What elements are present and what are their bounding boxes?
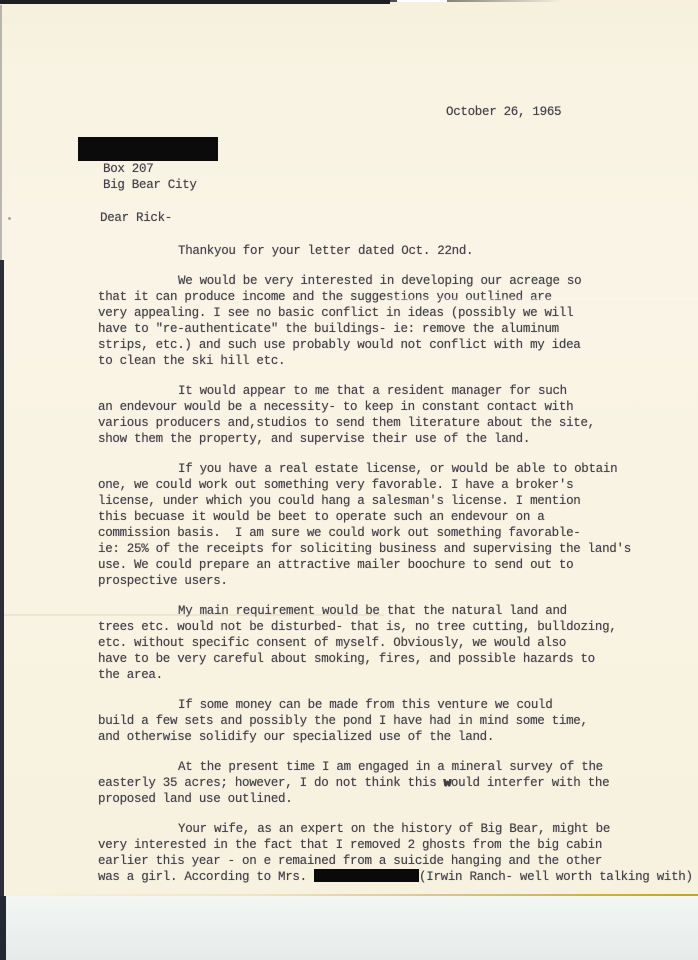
paragraph-7: At the present time I am engaged in a mi…: [98, 759, 698, 807]
scanner-bed-bottom: [0, 896, 698, 960]
letter-paper: October 26, 1965 Box 207 Big Bear City D…: [0, 0, 698, 896]
redaction-bar-sender-name: [78, 137, 218, 161]
scanner-edge-top: [0, 0, 390, 4]
paper-crease-lower: [0, 614, 384, 616]
paragraph-6: If some money can be made from this vent…: [98, 697, 698, 745]
salutation: Dear Rick-: [100, 210, 698, 226]
redaction-bar-mrs-name: [314, 869, 419, 882]
sender-city: Big Bear City: [103, 177, 698, 193]
paragraph-2: We would be very interested in developin…: [98, 273, 698, 369]
letter-date: October 26, 1965: [446, 104, 698, 120]
scanner-edge-left-faint: [0, 5, 2, 260]
scanner-edge-left: [0, 260, 4, 896]
paper-crease-upper: [384, 298, 698, 300]
paragraph-4: If you have a real estate license, or wo…: [98, 461, 698, 589]
sender-po-box: Box 207: [103, 161, 698, 177]
paragraph-8: Your wife, as an expert on the history o…: [98, 821, 698, 885]
paragraph-3: It would appear to me that a resident ma…: [98, 383, 698, 447]
overstruck-character: w: [444, 776, 451, 790]
paragraph-1: Thankyou for your letter dated Oct. 22nd…: [98, 243, 698, 259]
scanned-letter-page: October 26, 1965 Box 207 Big Bear City D…: [0, 0, 698, 960]
paper-speck: [8, 217, 11, 220]
paragraph-8-text-cont: (Irwin Ranch- well worth talking with): [419, 870, 693, 884]
scanner-edge-top-highlight: [397, 0, 447, 2]
